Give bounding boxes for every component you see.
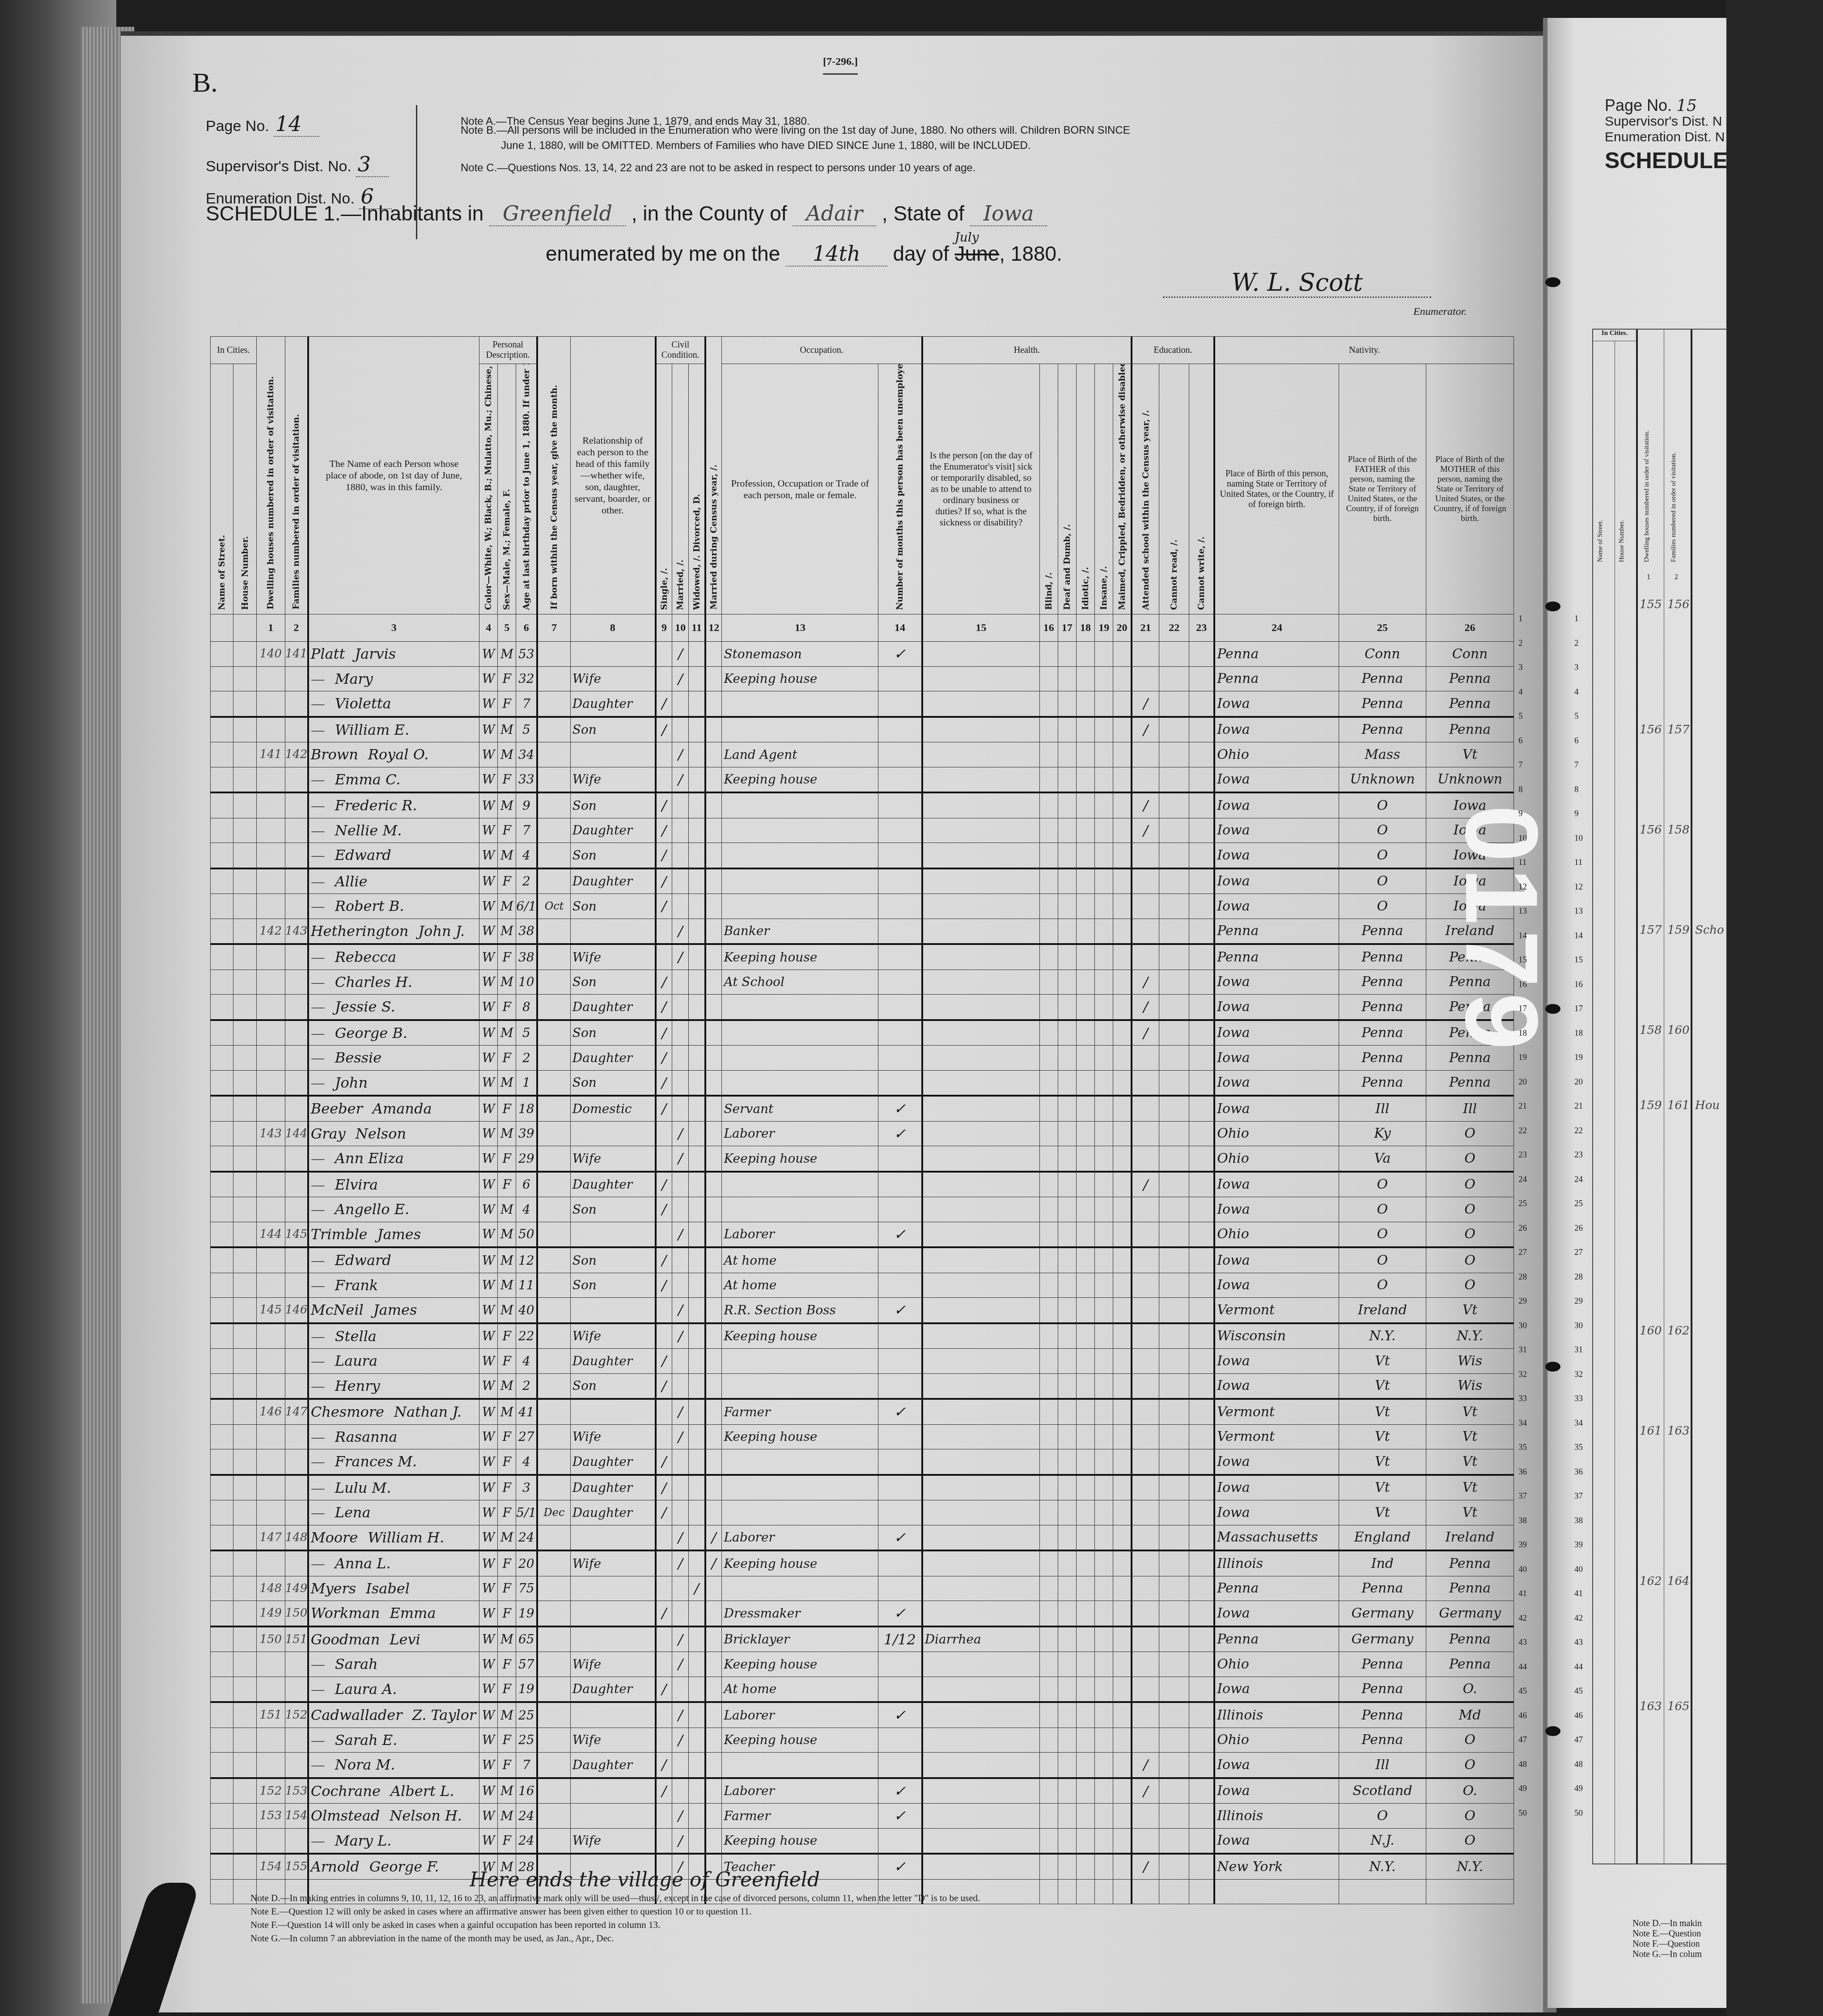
cell-maimed <box>1113 1172 1132 1197</box>
surname: — <box>311 974 325 991</box>
cell-single <box>656 767 672 792</box>
cell-mbp: Vt <box>1426 742 1514 767</box>
row-number: 49 <box>1574 1784 1583 1794</box>
person-name: —Angello E. <box>308 1197 479 1222</box>
cell-write <box>1189 642 1215 667</box>
cell-single: / <box>656 1475 672 1500</box>
cell-deaf <box>1058 1222 1076 1247</box>
person-name: —Laura <box>308 1349 479 1374</box>
cell-bp: Iowa <box>1214 767 1339 792</box>
cell-fbp: Penna <box>1339 1652 1426 1677</box>
cell-bmonth <box>537 868 570 894</box>
facing-dwelling-number: 158 <box>1640 1024 1662 1037</box>
cell-insane <box>1095 995 1113 1020</box>
cell-unemp: 1/12 <box>878 1626 922 1652</box>
cell-school <box>1132 1449 1159 1475</box>
cell-maimed <box>1113 1298 1132 1323</box>
cell-bp: Iowa <box>1214 1601 1339 1626</box>
cell-color: W <box>479 1424 498 1449</box>
cell-sick <box>922 818 1039 843</box>
cell-fam <box>285 894 308 919</box>
cell-fam: 152 <box>285 1702 308 1728</box>
cell-school <box>1132 1323 1159 1349</box>
given-name: Stella <box>335 1328 377 1345</box>
given-name: Charles H. <box>335 974 412 991</box>
cell-house <box>233 843 256 868</box>
cell-deaf <box>1058 1677 1076 1702</box>
cell-fam <box>285 1728 308 1753</box>
cell-blind <box>1039 995 1058 1020</box>
cell-dw <box>256 1146 285 1172</box>
group-education: Education. <box>1132 337 1214 364</box>
cell-color: W <box>479 1525 498 1550</box>
cell-bp: Penna <box>1214 919 1339 944</box>
cell-house <box>233 919 256 944</box>
cell-fam <box>285 944 308 970</box>
cell-color: W <box>479 1804 498 1829</box>
cell-dw <box>256 1449 285 1475</box>
cell-school <box>1132 1550 1159 1576</box>
cell-house <box>233 1601 256 1626</box>
cell-maimed <box>1113 1879 1132 1904</box>
surname: — <box>311 873 325 890</box>
cell-age: 12 <box>516 1247 537 1273</box>
row-number: 14 <box>1574 931 1583 941</box>
cell-school <box>1132 1046 1159 1071</box>
table-row: 147148MooreWilliam H.WM24//Laborer✓Massa… <box>211 1525 1514 1550</box>
cell-fam: 144 <box>285 1121 308 1146</box>
surname: — <box>311 1252 325 1269</box>
row-number: 7 <box>1574 760 1579 770</box>
cell-occ <box>722 1500 878 1525</box>
cell-bp: Vermont <box>1214 1298 1339 1323</box>
cell-mdy <box>705 1677 722 1702</box>
note-g: Note G.—In column 7 an abbreviation in t… <box>250 1933 614 1944</box>
cell-blind <box>1039 1475 1058 1500</box>
row-number: 3 <box>1518 663 1523 673</box>
cell-blind <box>1039 1298 1058 1323</box>
row-number: 42 <box>1518 1614 1527 1623</box>
cell-maimed <box>1113 1702 1132 1728</box>
surname: — <box>311 771 325 788</box>
cell-widowed <box>689 818 705 843</box>
cell-widowed <box>689 1172 705 1197</box>
table-row: —Anna L.WF20Wife//Keeping houseIllinoisI… <box>211 1550 1514 1576</box>
cell-color: W <box>479 1576 498 1601</box>
row-number: 40 <box>1574 1565 1583 1575</box>
cell-idiotic <box>1076 1601 1094 1626</box>
row-number: 24 <box>1518 1175 1527 1185</box>
cell-school <box>1132 1222 1159 1247</box>
cell-rel: Wife <box>570 1323 655 1349</box>
cell-idiotic <box>1076 1702 1094 1728</box>
table-row: —Nellie M.WF7Daughter//IowaOIowa <box>211 818 1514 843</box>
row-number: 31 <box>1574 1345 1583 1355</box>
cell-idiotic <box>1076 1222 1094 1247</box>
cell-blind <box>1039 1273 1058 1298</box>
cell-married <box>672 1500 689 1525</box>
cell-insane <box>1095 1424 1113 1449</box>
cell-write <box>1189 1550 1215 1576</box>
cell-rel <box>570 919 655 944</box>
cell-insane <box>1095 1020 1113 1046</box>
cell-single: / <box>656 1349 672 1374</box>
cell-idiotic <box>1076 1778 1094 1804</box>
cell-bp: Vermont <box>1214 1424 1339 1449</box>
cell-dw <box>256 1273 285 1298</box>
row-number: 33 <box>1574 1394 1583 1404</box>
given-name: Jessie S. <box>335 998 395 1015</box>
cell-rel: Daughter <box>570 691 655 717</box>
row-number: 6 <box>1518 736 1523 746</box>
cell-occ <box>722 1753 878 1778</box>
cell-mdy <box>705 1601 722 1626</box>
cell-unemp <box>878 691 922 717</box>
cell-street <box>211 1121 233 1146</box>
cell-occ: Keeping house <box>722 1424 878 1449</box>
cell-fbp: Penna <box>1339 691 1426 717</box>
surname: — <box>311 721 325 738</box>
cell-school <box>1132 1399 1159 1424</box>
row-number: 3 <box>1574 663 1579 673</box>
cell-fam: 145 <box>285 1222 308 1247</box>
cell-school <box>1132 1728 1159 1753</box>
surname: Cadwallader <box>311 1707 403 1724</box>
cell-read <box>1159 995 1189 1020</box>
person-name: OlmsteadNelson H. <box>308 1804 479 1829</box>
cell-mbp: Penna <box>1426 1550 1514 1576</box>
cell-deaf <box>1058 1373 1076 1399</box>
cell-maimed <box>1113 1804 1132 1829</box>
given-name: Nathan J. <box>394 1403 462 1420</box>
given-name: Nellie M. <box>335 822 402 839</box>
header-father-birthplace: Place of Birth of the FATHER of this per… <box>1339 364 1426 614</box>
cell-color: W <box>479 666 498 691</box>
row-number: 36 <box>1574 1467 1583 1477</box>
cell-sex: F <box>498 1146 516 1172</box>
cell-married <box>672 970 689 995</box>
table-row: 143144GrayNelsonWM39/Laborer✓OhioKyO <box>211 1121 1514 1146</box>
cell-fam <box>285 1500 308 1525</box>
cell-mdy <box>705 944 722 970</box>
cell-bp: Ohio <box>1214 1121 1339 1146</box>
cell-insane <box>1095 742 1113 767</box>
cell-write <box>1189 792 1215 818</box>
cell-house <box>233 1652 256 1677</box>
cell-house <box>233 1247 256 1273</box>
given-name: Frank <box>335 1277 378 1294</box>
cell-school <box>1132 742 1159 767</box>
cell-mdy <box>705 1652 722 1677</box>
cell-color: W <box>479 1753 498 1778</box>
cell-street <box>211 1273 233 1298</box>
cell-fbp: Vt <box>1339 1399 1426 1424</box>
surname: — <box>311 1328 325 1345</box>
cell-read <box>1159 1702 1189 1728</box>
person-name: —Nellie M. <box>308 818 479 843</box>
cell-rel: Wife <box>570 1550 655 1576</box>
cell-blind <box>1039 1197 1058 1222</box>
given-name: Rebecca <box>335 949 396 966</box>
cell-sick <box>922 1070 1039 1096</box>
cell-widowed <box>689 1323 705 1349</box>
cell-single: / <box>656 1096 672 1121</box>
cell-mbp: Penna <box>1426 691 1514 717</box>
census-table: In Cities. Dwelling houses numbered in o… <box>210 336 1514 1904</box>
cell-dw <box>256 1728 285 1753</box>
cell-mbp <box>1426 1879 1514 1904</box>
cell-house <box>233 742 256 767</box>
cell-married <box>672 1096 689 1121</box>
person-name: —Nora M. <box>308 1753 479 1778</box>
cell-dw <box>256 1172 285 1197</box>
sheet-letter: B. <box>192 67 218 99</box>
cell-sex: M <box>498 1197 516 1222</box>
person-name: —Edward <box>308 843 479 868</box>
row-number: 13 <box>1518 906 1527 916</box>
cell-rel: Daughter <box>570 1677 655 1702</box>
cell-mdy <box>705 1197 722 1222</box>
facing-schedule: SCHEDULE 1 <box>1605 148 1726 174</box>
row-number: 35 <box>1518 1443 1527 1453</box>
cell-color: W <box>479 1449 498 1475</box>
row-number: 18 <box>1574 1029 1583 1038</box>
cell-write <box>1189 1753 1215 1778</box>
given-name: Jarvis <box>355 645 396 662</box>
cell-color: W <box>479 1702 498 1728</box>
cell-maimed <box>1113 1046 1132 1071</box>
row-number: 23 <box>1518 1150 1527 1160</box>
given-name: James <box>377 1226 421 1243</box>
cell-sick <box>922 1702 1039 1728</box>
cell-write <box>1189 1197 1215 1222</box>
cell-blind <box>1039 792 1058 818</box>
cell-maimed <box>1113 1652 1132 1677</box>
cell-fam: 154 <box>285 1804 308 1829</box>
cell-rel: Daughter <box>570 995 655 1020</box>
cell-mdy <box>705 1449 722 1475</box>
cell-married: / <box>672 642 689 667</box>
cell-street <box>211 944 233 970</box>
person-name: —Anna L. <box>308 1550 479 1576</box>
cell-occ <box>722 792 878 818</box>
cell-fam <box>285 1475 308 1500</box>
cell-mdy <box>705 970 722 995</box>
cell-house <box>233 944 256 970</box>
cell-blind <box>1039 1121 1058 1146</box>
cell-married <box>672 1475 689 1500</box>
given-name: John J. <box>418 923 465 940</box>
cell-dw <box>256 1070 285 1096</box>
cell-school <box>1132 843 1159 868</box>
facing-dwelling-number: 163 <box>1640 1700 1662 1713</box>
cell-married: / <box>672 1728 689 1753</box>
cell-bp: Penna <box>1214 1576 1339 1601</box>
cell-color: W <box>479 1828 498 1854</box>
cell-single: / <box>656 1449 672 1475</box>
person-name: HetheringtonJohn J. <box>308 919 479 944</box>
cell-sick <box>922 1677 1039 1702</box>
cell-school <box>1132 767 1159 792</box>
cell-age: 4 <box>516 1349 537 1374</box>
cell-occ: Keeping house <box>722 1652 878 1677</box>
cell-fbp: O <box>1339 792 1426 818</box>
cell-blind <box>1039 843 1058 868</box>
cell-school <box>1132 1273 1159 1298</box>
cell-idiotic <box>1076 1096 1094 1121</box>
cell-deaf <box>1058 1828 1076 1854</box>
table-row: —RebeccaWF38Wife/Keeping housePennaPenna… <box>211 944 1514 970</box>
cell-deaf <box>1058 1146 1076 1172</box>
cell-fam <box>285 818 308 843</box>
cell-deaf <box>1058 792 1076 818</box>
cell-fam <box>285 1046 308 1071</box>
cell-fam <box>285 1449 308 1475</box>
surname: — <box>311 822 325 839</box>
cell-insane <box>1095 1172 1113 1197</box>
cell-married: / <box>672 1222 689 1247</box>
cell-school <box>1132 894 1159 919</box>
cell-maimed <box>1113 818 1132 843</box>
cell-read <box>1159 1424 1189 1449</box>
cell-unemp: ✓ <box>878 1804 922 1829</box>
cell-blind <box>1039 1525 1058 1550</box>
cell-age: 25 <box>516 1728 537 1753</box>
cell-maimed <box>1113 717 1132 742</box>
cell-idiotic <box>1076 1728 1094 1753</box>
cell-street <box>211 1576 233 1601</box>
row-number: 46 <box>1518 1711 1527 1721</box>
cell-fam <box>285 1828 308 1854</box>
cell-widowed <box>689 1753 705 1778</box>
cell-blind <box>1039 642 1058 667</box>
facing-family-number: 162 <box>1667 1324 1690 1338</box>
cell-dw <box>256 1046 285 1071</box>
row-number: 38 <box>1574 1516 1583 1526</box>
row-number: 19 <box>1518 1053 1527 1063</box>
cell-read <box>1159 1879 1189 1904</box>
facing-family-number: 161 <box>1667 1099 1690 1112</box>
cell-idiotic <box>1076 1576 1094 1601</box>
cell-blind <box>1039 818 1058 843</box>
person-name: —George B. <box>308 1020 479 1046</box>
cell-read <box>1159 1096 1189 1121</box>
header-dwelling: Dwelling houses numbered in order of vis… <box>256 337 285 614</box>
cell-married <box>672 818 689 843</box>
table-row: 150151GoodmanLeviWM65/Bricklayer1/12Diar… <box>211 1626 1514 1652</box>
cell-sex: M <box>498 1247 516 1273</box>
cell-bmonth <box>537 742 570 767</box>
cell-widowed <box>689 1677 705 1702</box>
cell-sex: F <box>498 1424 516 1449</box>
cell-street <box>211 1349 233 1374</box>
cell-deaf <box>1058 1096 1076 1121</box>
cell-fbp: O <box>1339 868 1426 894</box>
cell-sex: M <box>498 970 516 995</box>
cell-dw <box>256 1373 285 1399</box>
cell-idiotic <box>1076 1070 1094 1096</box>
table-row: 148149MyersIsabelWF75/PennaPennaPenna <box>211 1576 1514 1601</box>
cell-occ <box>722 1197 878 1222</box>
cell-occ: Keeping house <box>722 1728 878 1753</box>
row-number: 39 <box>1574 1540 1583 1550</box>
surname: — <box>311 1656 325 1673</box>
cell-sex: M <box>498 843 516 868</box>
cell-single: / <box>656 1247 672 1273</box>
cell-read <box>1159 1070 1189 1096</box>
table-row: —SarahWF57Wife/Keeping houseOhioPennaPen… <box>211 1652 1514 1677</box>
cell-idiotic <box>1076 1298 1094 1323</box>
header-birthplace: Place of Birth of this person, naming St… <box>1214 364 1339 614</box>
person-name: —Jessie S. <box>308 995 479 1020</box>
cell-blind <box>1039 1046 1058 1071</box>
cell-street <box>211 1879 233 1904</box>
cell-occ <box>722 868 878 894</box>
table-row: —Lulu M.WF3Daughter/IowaVtVt <box>211 1475 1514 1500</box>
cell-sex: F <box>498 1449 516 1475</box>
cell-rel: Son <box>570 792 655 818</box>
cell-deaf <box>1058 1753 1076 1778</box>
cell-insane <box>1095 1500 1113 1525</box>
cell-occ: Land Agent <box>722 742 878 767</box>
cell-street <box>211 995 233 1020</box>
cell-sick <box>922 1172 1039 1197</box>
cell-age: 33 <box>516 767 537 792</box>
cell-single: / <box>656 691 672 717</box>
cell-dw: 146 <box>256 1399 285 1424</box>
table-row: —Nora M.WF7Daughter//IowaIllO <box>211 1753 1514 1778</box>
cell-insane <box>1095 1121 1113 1146</box>
cell-school <box>1132 1146 1159 1172</box>
closing-annotation: Here ends the village of Greenfield <box>470 1868 820 1891</box>
cell-fbp: England <box>1339 1525 1426 1550</box>
cell-color: W <box>479 1626 498 1652</box>
cell-rel: Domestic <box>570 1096 655 1121</box>
cell-widowed <box>689 1222 705 1247</box>
cell-house <box>233 1525 256 1550</box>
cell-fbp <box>1339 1879 1426 1904</box>
cell-deaf <box>1058 1576 1076 1601</box>
cell-bp: Illinois <box>1214 1804 1339 1829</box>
note-b-continued: June 1, 1880, will be OMITTED. Members o… <box>501 140 1030 152</box>
cell-fbp: Penna <box>1339 1677 1426 1702</box>
cell-blind <box>1039 1070 1058 1096</box>
cell-sex: F <box>498 1046 516 1071</box>
facing-family-number: 163 <box>1667 1424 1690 1438</box>
cell-single <box>656 642 672 667</box>
group-occupation: Occupation. <box>722 337 922 364</box>
cell-street <box>211 843 233 868</box>
cell-write <box>1189 1828 1215 1854</box>
cell-house <box>233 1550 256 1576</box>
cell-bp: Iowa <box>1214 1373 1339 1399</box>
cell-single <box>656 666 672 691</box>
cell-insane <box>1095 792 1113 818</box>
facing-family-number: 159 <box>1667 923 1690 937</box>
note-f: Note F.—Question 14 will only be asked i… <box>250 1919 660 1931</box>
cell-fbp: Vt <box>1339 1475 1426 1500</box>
cell-house <box>233 1222 256 1247</box>
cell-bp: Iowa <box>1214 1247 1339 1273</box>
cell-mdy <box>705 666 722 691</box>
cell-fam: 141 <box>285 642 308 667</box>
cell-blind <box>1039 868 1058 894</box>
cell-mbp: O <box>1426 1121 1514 1146</box>
cell-idiotic <box>1076 1525 1094 1550</box>
cell-unemp: ✓ <box>878 642 922 667</box>
cell-street <box>211 1222 233 1247</box>
cell-maimed <box>1113 742 1132 767</box>
